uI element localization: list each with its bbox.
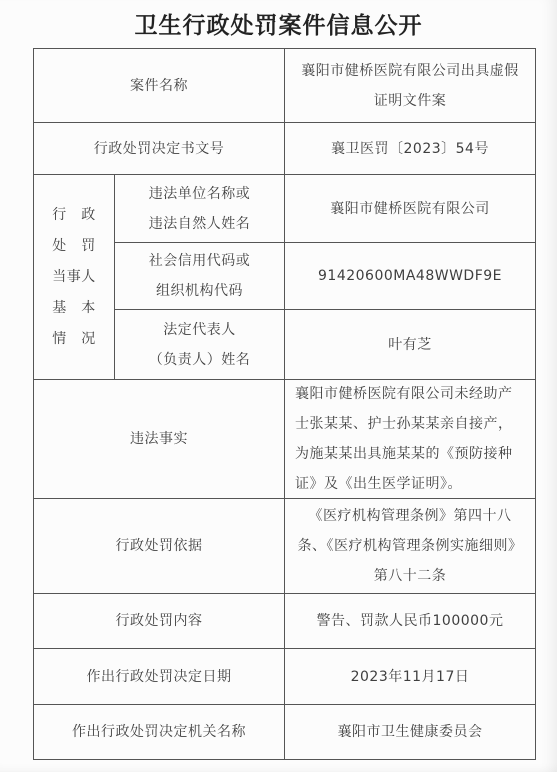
illegal-facts-text: 襄阳市健桥医院有限公司未经助产士张某某、护士孙某某亲自接产，为施某某出具施某某的… bbox=[295, 379, 525, 498]
unit-name-label: 违法单位名称或 违法自然人姓名 bbox=[114, 174, 284, 242]
case-name-value: 襄阳市健桥医院有限公司出具虚假证明文件案 bbox=[284, 49, 535, 122]
decision-date-value: 2023年11月17日 bbox=[284, 648, 535, 704]
penalty-disclosure-page: 卫生行政处罚案件信息公开 案件名称 襄阳市健桥医院有限公司出具虚假证明文件案 行… bbox=[0, 0, 557, 772]
penalty-info-table: 案件名称 襄阳市健桥医院有限公司出具虚假证明文件案 行政处罚决定书文号 襄卫医罚… bbox=[33, 48, 536, 760]
party-group-label-line: 行 政 bbox=[52, 200, 96, 231]
party-group-label-line: 处 罚 bbox=[52, 231, 96, 262]
party-group-label: 行 政 处 罚 当事人 基 本 情 况 bbox=[34, 174, 114, 379]
decision-date-label: 作出行政处罚决定日期 bbox=[34, 648, 284, 704]
penalty-content-value: 警告、罚款人民币100000元 bbox=[284, 593, 535, 648]
decision-doc-no-value: 襄卫医罚〔2023〕54号 bbox=[284, 122, 535, 174]
legal-rep-value: 叶有芝 bbox=[284, 309, 535, 379]
case-name-label: 案件名称 bbox=[34, 49, 284, 122]
decision-authority-value: 襄阳市卫生健康委员会 bbox=[284, 704, 535, 759]
page-header: 卫生行政处罚案件信息公开 bbox=[0, 0, 557, 46]
decision-authority-label: 作出行政处罚决定机关名称 bbox=[34, 704, 284, 759]
penalty-content-label: 行政处罚内容 bbox=[34, 593, 284, 648]
page-title: 卫生行政处罚案件信息公开 bbox=[135, 7, 423, 40]
penalty-basis-label: 行政处罚依据 bbox=[34, 498, 284, 593]
party-group-label-line: 基 本 bbox=[52, 293, 96, 324]
legal-rep-label: 法定代表人 （负责人）姓名 bbox=[114, 309, 284, 379]
illegal-facts-label: 违法事实 bbox=[34, 379, 284, 498]
party-group-label-line: 情 况 bbox=[52, 324, 96, 355]
party-group-label-line: 当事人 bbox=[52, 262, 96, 293]
credit-code-label: 社会信用代码或 组织机构代码 bbox=[114, 242, 284, 309]
penalty-basis-value: 《医疗机构管理条例》第四十八条、《医疗机构管理条例实施细则》第八十二条 bbox=[284, 498, 535, 593]
credit-code-value: 91420600MA48WWDF9E bbox=[284, 242, 535, 309]
illegal-facts-value: 襄阳市健桥医院有限公司未经助产士张某某、护士孙某某亲自接产，为施某某出具施某某的… bbox=[284, 379, 535, 498]
decision-doc-no-label: 行政处罚决定书文号 bbox=[34, 122, 284, 174]
unit-name-value: 襄阳市健桥医院有限公司 bbox=[284, 174, 535, 242]
